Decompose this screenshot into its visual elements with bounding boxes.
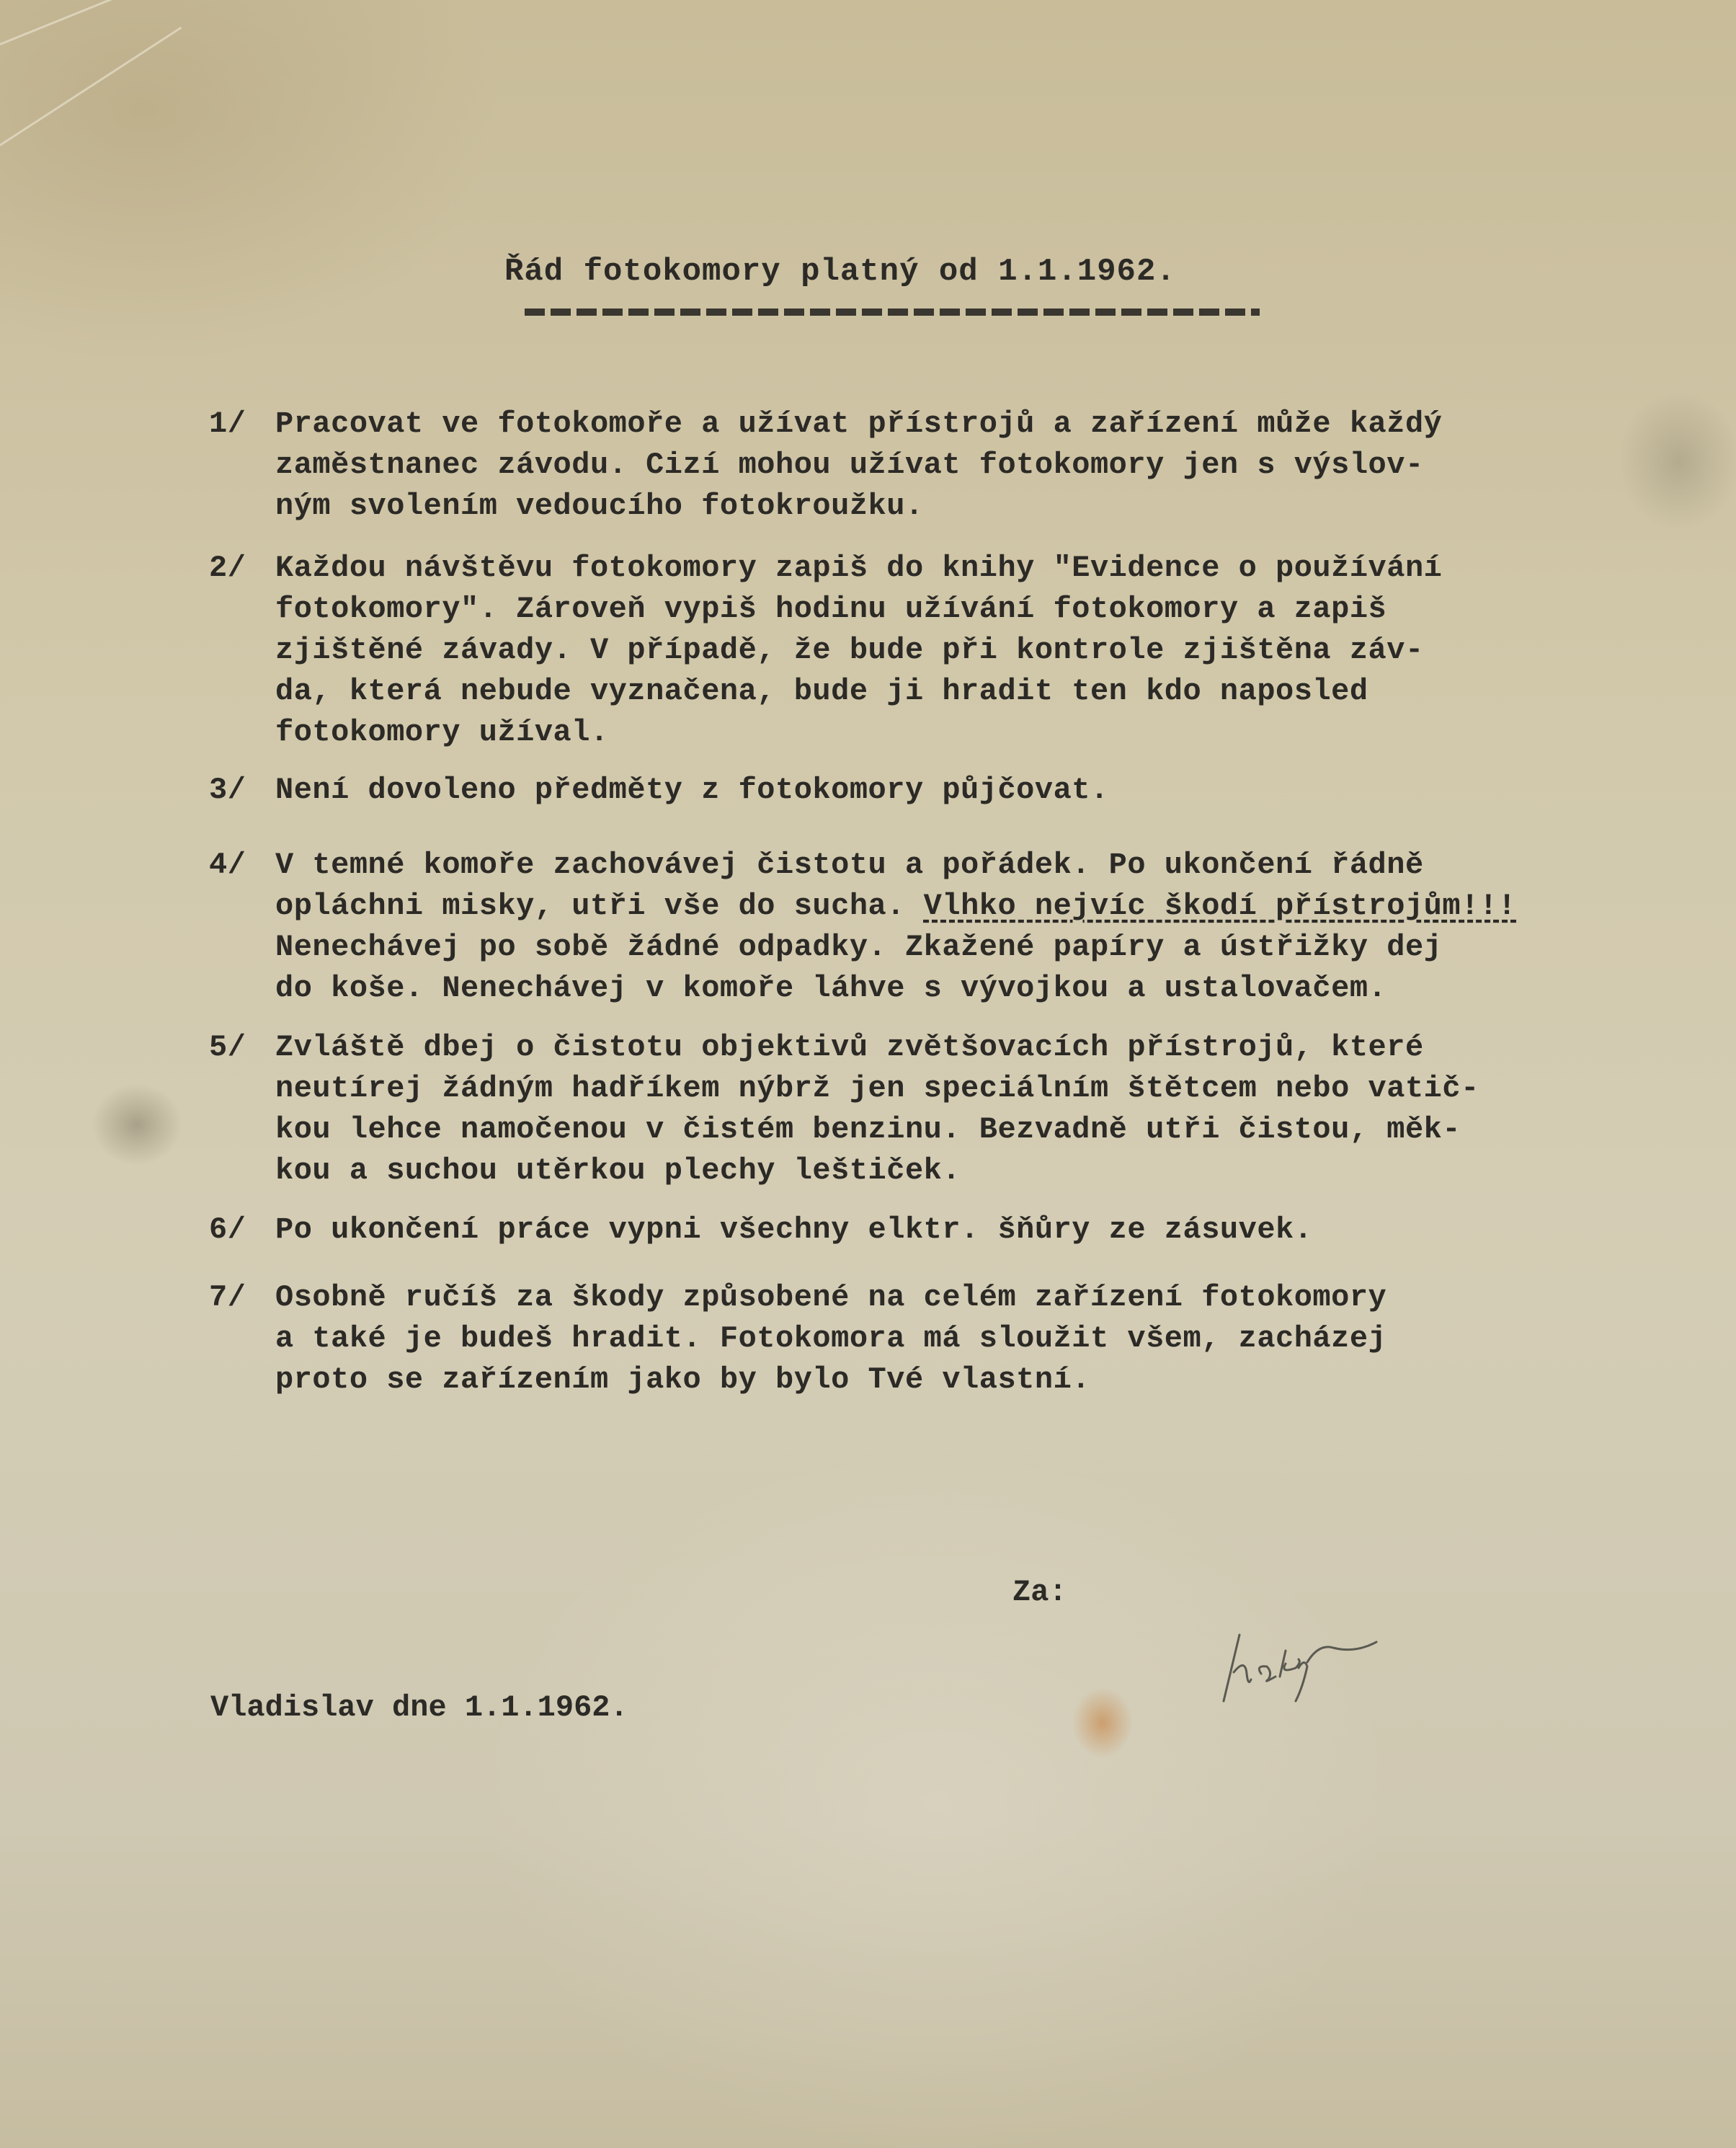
paper-fold-crease: [0, 27, 182, 146]
text-line: zjištěné závady. V případě, že bude při …: [275, 630, 1442, 671]
text-line: ným svolením vedoucího fotokroužku.: [275, 486, 1442, 527]
text-line: kou lehce namočenou v čistém benzinu. Be…: [275, 1109, 1479, 1150]
rule-text: Každou návštěvu fotokomory zapiš do knih…: [275, 548, 1442, 753]
rule-text: Není dovoleno předměty z fotokomory půjč…: [275, 770, 1109, 811]
text-line: da, která nebude vyznačena, bude ji hrad…: [275, 671, 1442, 712]
underlined-warning: Vlhko nejvíc škodí přístrojům!!!: [924, 889, 1517, 923]
text-line: Pracovat ve fotokomoře a užívat přístroj…: [275, 404, 1442, 445]
text-line: Nenechávej po sobě žádné odpadky. Zkažen…: [275, 927, 1516, 968]
text-line: kou a suchou utěrkou plechy leštiček.: [275, 1150, 1479, 1191]
rule-text: Osobně ručíš za škody způsobené na celém…: [275, 1277, 1386, 1401]
rule-text: Zvláště dbej o čistotu objektivů zvětšov…: [275, 1027, 1479, 1191]
text-line: do koše. Nenechávej v komoře láhve s výv…: [275, 968, 1516, 1009]
text-line: Není dovoleno předměty z fotokomory půjč…: [275, 770, 1109, 811]
rule-number: 7/: [209, 1277, 246, 1318]
rule-text: V temné komoře zachovávej čistotu a pořá…: [275, 845, 1516, 1009]
handwritten-signature: [1211, 1629, 1398, 1708]
rule-number: 4/: [209, 845, 246, 886]
rule-number: 3/: [209, 770, 246, 811]
text-line: proto se zařízením jako by bylo Tvé vlas…: [275, 1359, 1386, 1401]
text-line: fotokomory". Zároveň vypiš hodinu užíván…: [275, 589, 1442, 630]
text-line: zaměstnanec závodu. Cizí mohou užívat fo…: [275, 445, 1442, 486]
rule-text: Pracovat ve fotokomoře a užívat přístroj…: [275, 404, 1442, 527]
text-line: Každou návštěvu fotokomory zapiš do knih…: [275, 548, 1442, 589]
rule-text: Po ukončení práce vypni všechny elktr. š…: [275, 1210, 1312, 1251]
rule-number: 5/: [209, 1027, 246, 1068]
rule-number: 6/: [209, 1210, 246, 1251]
place-and-date: Vladislav dne 1.1.1962.: [210, 1690, 628, 1725]
text-line: Osobně ručíš za škody způsobené na celém…: [275, 1277, 1386, 1318]
text-line: neutírej žádným hadříkem nýbrž jen speci…: [275, 1068, 1479, 1109]
rule-number: 1/: [209, 404, 246, 445]
title-underline-rule: [525, 309, 1260, 316]
paper-fold-crease: [0, 0, 214, 45]
text-line: Po ukončení práce vypni všechny elktr. š…: [275, 1210, 1312, 1251]
document-page: Řád fotokomory platný od 1.1.1962. 1/ Pr…: [0, 0, 1736, 2148]
document-title: Řád fotokomory platný od 1.1.1962.: [504, 254, 1176, 290]
text-segment: opláchni misky, utři vše do sucha.: [275, 889, 924, 923]
text-line: a také je budeš hradit. Fotokomora má sl…: [275, 1318, 1386, 1359]
text-line: Zvláště dbej o čistotu objektivů zvětšov…: [275, 1027, 1479, 1068]
text-line: opláchni misky, utři vše do sucha. Vlhko…: [275, 886, 1516, 927]
rule-number: 2/: [209, 548, 246, 589]
text-line: V temné komoře zachovávej čistotu a pořá…: [275, 845, 1516, 886]
text-line: fotokomory užíval.: [275, 712, 1442, 753]
signature-label: Za:: [1012, 1575, 1067, 1610]
